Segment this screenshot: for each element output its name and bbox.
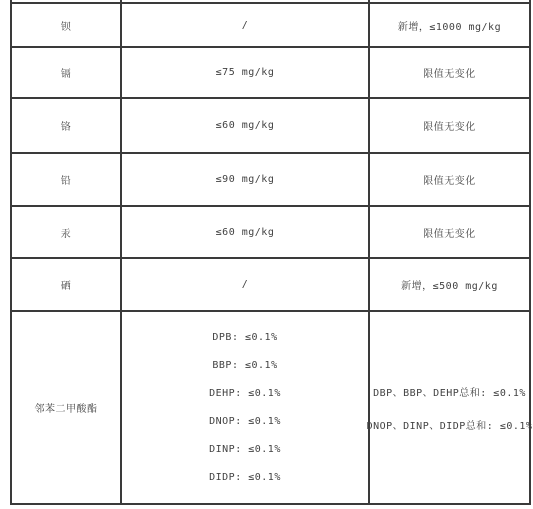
change-lines: DBP、BBP、DEHP总和: ≤0.1% DNOP、DINP、DIDP总和: … [370, 312, 529, 503]
change-note-cell: 限值无变化 [369, 153, 530, 206]
substance-name-cell: 铬 [11, 98, 121, 153]
limit-line: BBP: ≤0.1% [212, 360, 277, 371]
limit-lines: DPB: ≤0.1% BBP: ≤0.1% DEHP: ≤0.1% DNOP: … [122, 312, 368, 503]
change-line: DNOP、DINP、DIDP总和: ≤0.1% [367, 417, 533, 432]
limit-line: DPB: ≤0.1% [212, 332, 277, 343]
limit-value-cell: / [121, 258, 369, 311]
limit-line: DEHP: ≤0.1% [209, 388, 281, 399]
limits-table: 钡 / 新增，≤1000 mg/kg 镉 ≤75 mg/kg 限值无变化 铬 ≤… [10, 0, 531, 505]
limit-value-cell: / [121, 3, 369, 47]
change-note-cell: 新增，≤1000 mg/kg [369, 3, 530, 47]
limit-line: DINP: ≤0.1% [209, 444, 281, 455]
substance-name-cell: 邻苯二甲酸酯 [11, 311, 121, 504]
table-row: 邻苯二甲酸酯 DPB: ≤0.1% BBP: ≤0.1% DEHP: ≤0.1%… [11, 311, 530, 504]
change-line: DBP、BBP、DEHP总和: ≤0.1% [373, 384, 526, 399]
limit-line: DIDP: ≤0.1% [209, 472, 281, 483]
limit-value-cell: ≤75 mg/kg [121, 47, 369, 98]
table-row: 镉 ≤75 mg/kg 限值无变化 [11, 47, 530, 98]
substance-name-cell: 硒 [11, 258, 121, 311]
table-row: 铬 ≤60 mg/kg 限值无变化 [11, 98, 530, 153]
limit-line: DNOP: ≤0.1% [209, 416, 281, 427]
limit-value-cell: DPB: ≤0.1% BBP: ≤0.1% DEHP: ≤0.1% DNOP: … [121, 311, 369, 504]
change-note-cell: DBP、BBP、DEHP总和: ≤0.1% DNOP、DINP、DIDP总和: … [369, 311, 530, 504]
substance-name-cell: 汞 [11, 206, 121, 258]
substance-name-cell: 钡 [11, 3, 121, 47]
limit-value-cell: ≤90 mg/kg [121, 153, 369, 206]
document-page: 钡 / 新增，≤1000 mg/kg 镉 ≤75 mg/kg 限值无变化 铬 ≤… [0, 0, 533, 509]
limit-value-cell: ≤60 mg/kg [121, 206, 369, 258]
change-note-cell: 限值无变化 [369, 98, 530, 153]
change-note-cell: 新增，≤500 mg/kg [369, 258, 530, 311]
table-row: 汞 ≤60 mg/kg 限值无变化 [11, 206, 530, 258]
substance-name-cell: 镉 [11, 47, 121, 98]
table-row: 钡 / 新增，≤1000 mg/kg [11, 3, 530, 47]
substance-name-cell: 铅 [11, 153, 121, 206]
change-note-cell: 限值无变化 [369, 206, 530, 258]
table-row: 铅 ≤90 mg/kg 限值无变化 [11, 153, 530, 206]
limit-value-cell: ≤60 mg/kg [121, 98, 369, 153]
change-note-cell: 限值无变化 [369, 47, 530, 98]
table-row: 硒 / 新增，≤500 mg/kg [11, 258, 530, 311]
